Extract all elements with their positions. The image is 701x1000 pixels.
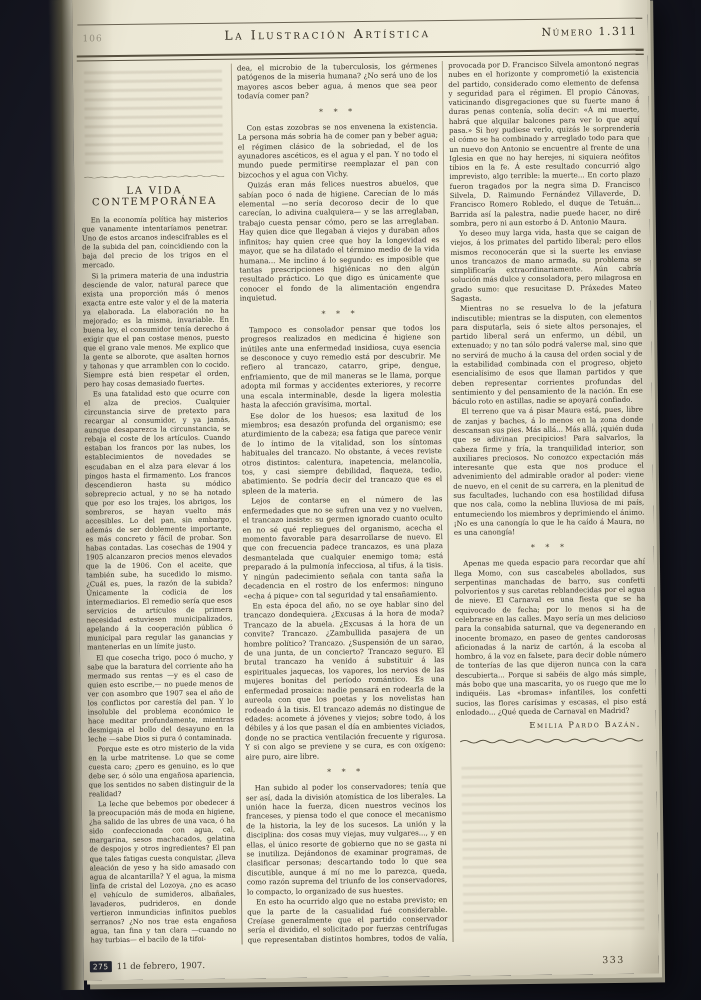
column-right-text: provocada por D. Francisco Silvela amont… [448, 59, 647, 718]
paragraph: Es una fatalidad esto que ocurre con el … [84, 389, 233, 653]
bleedthrough-text-area [462, 765, 645, 938]
column-right: provocada por D. Francisco Silvela amont… [448, 59, 649, 942]
wavy-rule [84, 174, 224, 178]
page-number-left: 106 [82, 34, 152, 45]
page-footer: 275 11 de febrero, 1907. 333 [90, 955, 653, 973]
magazine-page: 106 La Ilustración Artística Número 1.31… [72, 0, 659, 980]
paragraph: El que cosecha trigo, poco ó mucho, y sa… [87, 652, 234, 744]
paragraph: El terreno que va á pisar Maura está, pu… [452, 405, 644, 537]
issue-date: 11 de febrero, 1907. [117, 960, 205, 971]
paragraph: Tampoco es consolador pensar que todos l… [240, 323, 441, 410]
wavy-rule [460, 737, 643, 745]
paragraph: En la economía política hay misterios qu… [82, 215, 229, 271]
paragraph: provocada por D. Francisco Silvela amont… [448, 59, 641, 228]
photo-background: 106 La Ilustración Artística Número 1.31… [0, 0, 701, 1000]
paragraph: Yo deseo muy larga vida, hasta que se ca… [450, 227, 642, 304]
paragraph: Mientras no se resuelva lo de la jefatur… [451, 302, 643, 406]
archive-stamp: 275 [90, 961, 112, 972]
paragraph: dea, el microbio de la tuberculosis, los… [237, 61, 438, 101]
paragraph: Ese dolor de los huesos; esa laxitud de … [241, 409, 442, 496]
asterism-divider: * * * [240, 308, 440, 319]
author-signature: Emilia Pardo Bazán. [456, 719, 647, 731]
column-left-text: En la economía política hay misterios qu… [82, 215, 237, 946]
paragraph: En esta época del año, no se oye hablar … [243, 599, 445, 762]
paragraph: Si la primera materia de una industria d… [82, 270, 229, 389]
journal-title: La Ilustración Artística [152, 24, 502, 43]
column-middle: dea, el microbio de la tuberculosis, los… [237, 61, 448, 944]
article-title: LA VIDA CONTEMPORÁNEA [81, 185, 227, 209]
paragraph: Han subido al poder los conservadores; t… [246, 781, 448, 897]
asterism-divider: * * * [237, 106, 437, 117]
page-header: 106 La Ilustración Artística Número 1.31… [82, 23, 637, 45]
column-left: LA VIDA CONTEMPORÁNEA En la economía pol… [80, 64, 237, 947]
paragraph: En esto ha ocurrido algo que no estaba p… [247, 895, 448, 944]
asterism-divider: * * * [245, 766, 445, 777]
bleedthrough-text-area [84, 70, 223, 168]
page-number-right: 333 [602, 955, 625, 966]
issue-number: Número 1.311 [502, 25, 637, 40]
paragraph: Quizás eran más felices nuestros abuelos… [238, 178, 440, 303]
paragraph: La leche que bebemos por obedecer á la p… [89, 799, 237, 946]
paragraph: Apenas me queda espacio para recordar qu… [454, 557, 647, 717]
paragraph: Lejos de contarse en el número de las en… [242, 494, 444, 600]
column-middle-text: dea, el microbio de la tuberculosis, los… [237, 61, 448, 944]
article-body: LA VIDA CONTEMPORÁNEA En la economía pol… [80, 59, 650, 947]
paragraph: Con estas zozobras se nos envenena la ex… [238, 121, 439, 180]
paragraph: Porque este es otro misterio de la vida … [88, 744, 235, 800]
asterism-divider: * * * [454, 542, 645, 553]
